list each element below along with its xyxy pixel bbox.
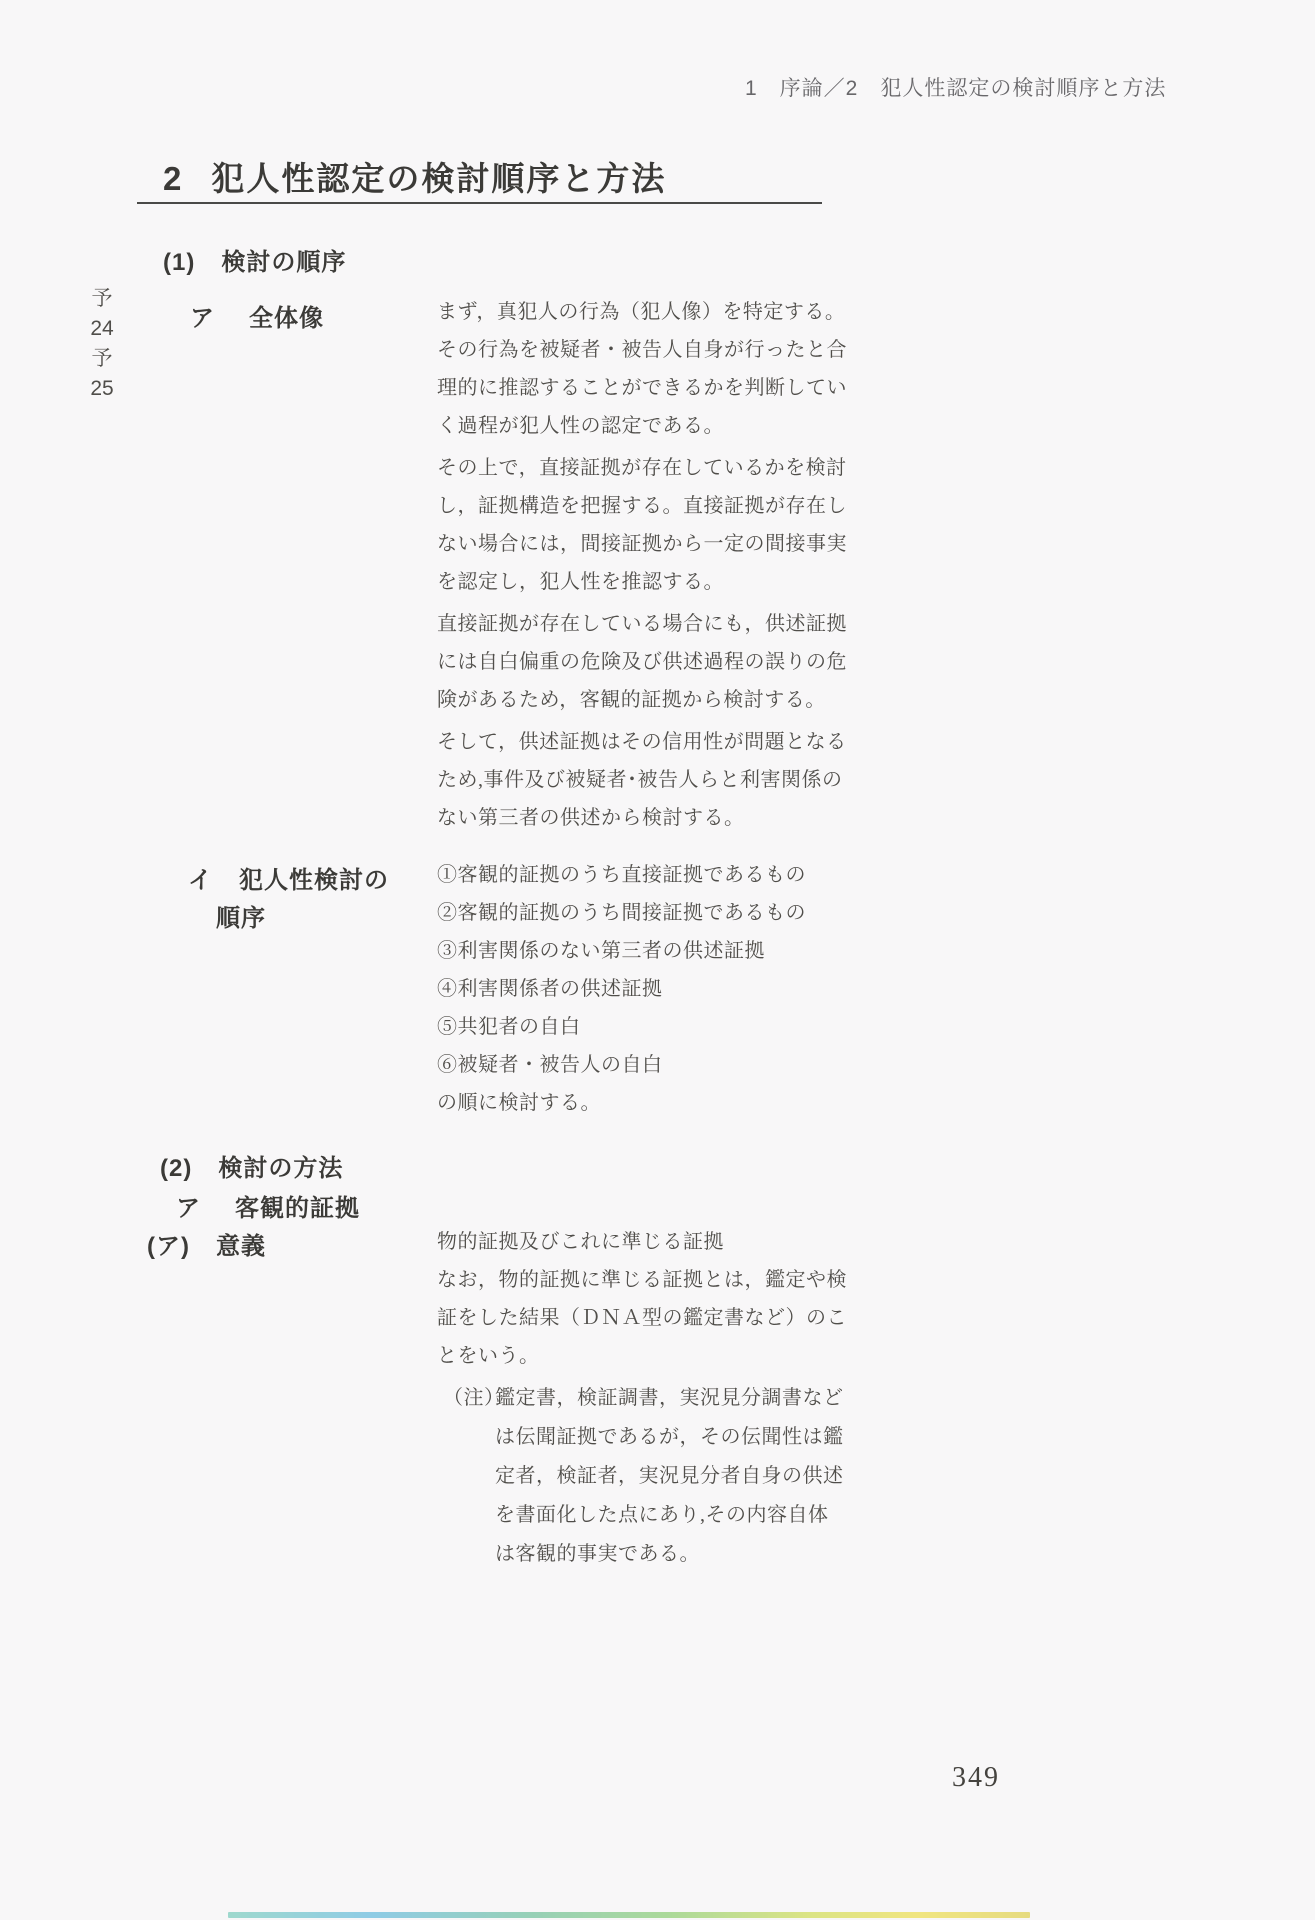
body-line: その行為を被疑者・被告人自身が行ったと合	[437, 331, 847, 369]
book-page: 1 序論／2 犯人性認定の検討順序と方法 2犯人性認定の検討順序と方法 予 24…	[0, 0, 1315, 1920]
section1-label: 検討の順序	[221, 249, 346, 276]
section1-item-i-heading: イ犯人性検討の	[188, 860, 389, 895]
margin-note-line: 24	[78, 314, 126, 344]
list-item: ④利害関係者の供述証拠	[437, 970, 806, 1008]
section2-label: 検討の方法	[218, 1155, 343, 1182]
item-i-label-line1: 犯人性検討の	[239, 867, 389, 894]
body-line: には自白偏重の危険及び供述過程の誤りの危	[437, 643, 847, 681]
note-line: を書面化した点にあり,その内容自体	[443, 1496, 844, 1535]
body-line: 物的証拠及びこれに準じる証拠	[437, 1223, 847, 1261]
note-marker: （注）	[443, 1379, 495, 1418]
body-line: その上で，直接証拠が存在しているかを検討	[437, 449, 847, 487]
margin-notes: 予 24 予 25	[78, 284, 126, 404]
list-item: ③利害関係のない第三者の供述証拠	[437, 932, 806, 970]
section2-heading: (2)検討の方法	[160, 1148, 343, 1183]
item-i-kana: イ	[188, 867, 213, 894]
margin-note-line: 予	[78, 284, 126, 314]
body-line: く過程が犯人性の認定である。	[437, 407, 847, 445]
body-line: 直接証拠が存在している場合にも，供述証拠	[437, 605, 847, 643]
body-line: ない第三者の供述から検討する。	[437, 799, 847, 837]
item-a-kana: ア	[190, 305, 215, 332]
body-line: そして，供述証拠はその信用性が問題となる	[437, 723, 847, 761]
body-line: まず，真犯人の行為（犯人像）を特定する。	[437, 293, 847, 331]
item-a2-label: 客観的証拠	[235, 1195, 360, 1222]
section2-item-a-heading: ア客観的証拠	[176, 1188, 360, 1223]
note-line: は客観的事実である。	[443, 1535, 844, 1574]
section2-meaning-heading: (ア)意義	[147, 1226, 266, 1261]
margin-note-line: 予	[78, 344, 126, 374]
page-title-number: 2	[163, 160, 183, 197]
body-line: 理的に推認することができるかを判断してい	[437, 369, 847, 407]
list-item: ②客観的証拠のうち間接証拠であるもの	[437, 894, 806, 932]
title-underline	[137, 202, 822, 204]
section1-heading: (1)検討の順序	[163, 242, 346, 277]
page-title-label: 犯人性認定の検討順序と方法	[211, 160, 666, 197]
section1-number: (1)	[163, 249, 195, 276]
note-line: は伝聞証拠であるが，その伝聞性は鑑	[443, 1418, 844, 1457]
item-a-label: 全体像	[249, 305, 324, 332]
body-line: し，証拠構造を把握する。直接証拠が存在し	[437, 487, 847, 525]
page-edge-color-strip	[228, 1912, 1030, 1918]
item-i-label-line2: 順序	[216, 905, 266, 932]
note-line-first: （注）鑑定書，検証調書，実況見分調書など	[443, 1379, 844, 1418]
section1-item-i-heading-line2: 順序	[216, 898, 266, 933]
list-item: ⑥被疑者・被告人の自白	[437, 1046, 806, 1084]
section2-number: (2)	[160, 1155, 192, 1182]
section1-item-a-heading: ア全体像	[190, 298, 324, 333]
body-line: を認定し，犯人性を推認する。	[437, 563, 847, 601]
note-line: 定者，検証者，実況見分者自身の供述	[443, 1457, 844, 1496]
list-footer: の順に検討する。	[437, 1084, 806, 1122]
meaning-body: 物的証拠及びこれに準じる証拠 なお，物的証拠に準じる証拠とは，鑑定や検 証をした…	[437, 1223, 847, 1375]
meaning-kana: (ア)	[147, 1233, 190, 1260]
body-line: なお，物的証拠に準じる証拠とは，鑑定や検	[437, 1261, 847, 1299]
body-line: ない場合には，間接証拠から一定の間接事実	[437, 525, 847, 563]
page-title: 2犯人性認定の検討順序と方法	[163, 153, 666, 200]
body-line: とをいう。	[437, 1337, 847, 1375]
page-number: 349	[952, 1762, 1000, 1794]
order-list: ①客観的証拠のうち直接証拠であるもの ②客観的証拠のうち間接証拠であるもの ③利…	[437, 856, 806, 1122]
item-a2-kana: ア	[176, 1195, 201, 1222]
overview-body: まず，真犯人の行為（犯人像）を特定する。 その行為を被疑者・被告人自身が行ったと…	[437, 293, 847, 837]
note-block: （注）鑑定書，検証調書，実況見分調書など は伝聞証拠であるが，その伝聞性は鑑 定…	[443, 1379, 844, 1574]
running-head: 1 序論／2 犯人性認定の検討順序と方法	[745, 72, 1166, 102]
body-line: 証をした結果（ＤＮＡ型の鑑定書など）のこ	[437, 1299, 847, 1337]
body-line: ため,事件及び被疑者･被告人らと利害関係の	[437, 761, 847, 799]
note-line: 鑑定書，検証調書，実況見分調書など	[495, 1387, 844, 1409]
body-line: 険があるため，客観的証拠から検討する。	[437, 681, 847, 719]
meaning-label: 意義	[216, 1233, 266, 1260]
margin-note-line: 25	[78, 374, 126, 404]
list-item: ⑤共犯者の自白	[437, 1008, 806, 1046]
list-item: ①客観的証拠のうち直接証拠であるもの	[437, 856, 806, 894]
